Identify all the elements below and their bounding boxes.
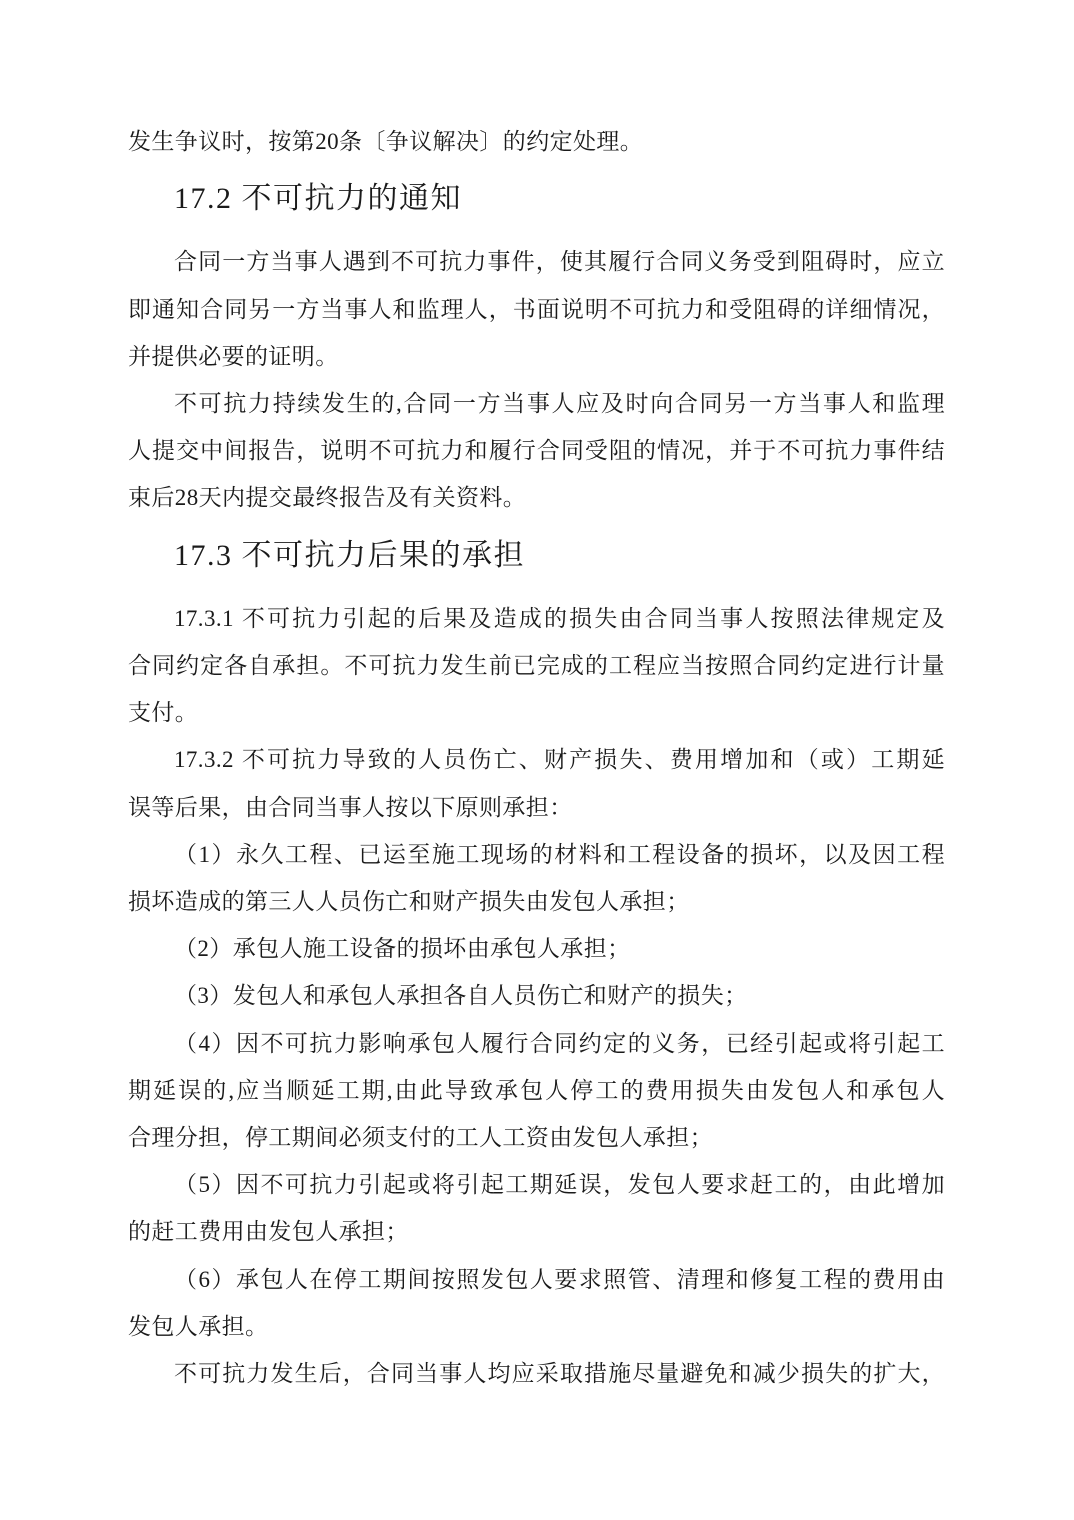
- text-line: （5）因不可抗力引起或将引起工期延误，发包人要求赶工的，由此增加: [128, 1161, 945, 1208]
- text-line: 的赶工费用由发包人承担；: [128, 1208, 945, 1255]
- text-line: 并提供必要的证明。: [128, 333, 945, 380]
- section-heading: 17.2 不可抗力的通知: [128, 175, 945, 222]
- text-line: 损坏造成的第三人人员伤亡和财产损失由发包人承担；: [128, 878, 945, 925]
- document-page: 发生争议时，按第20条〔争议解决〕的约定处理。17.2 不可抗力的通知合同一方当…: [0, 0, 1074, 1520]
- text-line: 束后28天内提交最终报告及有关资料。: [128, 474, 945, 521]
- paragraph: （1）永久工程、已运至施工现场的材料和工程设备的损坏，以及因工程损坏造成的第三人…: [128, 831, 945, 925]
- text-line: 17.3.2 不可抗力导致的人员伤亡、财产损失、费用增加和（或）工期延: [128, 736, 945, 783]
- document-body: 发生争议时，按第20条〔争议解决〕的约定处理。17.2 不可抗力的通知合同一方当…: [128, 0, 945, 1397]
- text-line: 不可抗力持续发生的,合同一方当事人应及时向合同另一方当事人和监理: [128, 380, 945, 427]
- paragraph: （3）发包人和承包人承担各自人员伤亡和财产的损失；: [128, 972, 945, 1019]
- text-line: 发生争议时，按第20条〔争议解决〕的约定处理。: [128, 118, 945, 165]
- text-line: 合同一方当事人遇到不可抗力事件，使其履行合同义务受到阻碍时，应立: [128, 238, 945, 285]
- text-line: 误等后果，由合同当事人按以下原则承担：: [128, 784, 945, 831]
- heading-text-line: 17.2 不可抗力的通知: [128, 175, 945, 222]
- heading-text-line: 17.3 不可抗力后果的承担: [128, 532, 945, 579]
- paragraph: 不可抗力发生后，合同当事人均应采取措施尽量避免和减少损失的扩大，: [128, 1350, 945, 1397]
- text-line: 17.3.1 不可抗力引起的后果及造成的损失由合同当事人按照法律规定及: [128, 595, 945, 642]
- text-line: 期延误的,应当顺延工期,由此导致承包人停工的费用损失由发包人和承包人: [128, 1067, 945, 1114]
- paragraph: （4）因不可抗力影响承包人履行合同约定的义务，已经引起或将引起工期延误的,应当顺…: [128, 1020, 945, 1162]
- paragraph: 17.3.2 不可抗力导致的人员伤亡、财产损失、费用增加和（或）工期延误等后果，…: [128, 736, 945, 830]
- paragraph: 发生争议时，按第20条〔争议解决〕的约定处理。: [128, 118, 945, 165]
- paragraph: 合同一方当事人遇到不可抗力事件，使其履行合同义务受到阻碍时，应立即通知合同另一方…: [128, 238, 945, 380]
- paragraph: （5）因不可抗力引起或将引起工期延误，发包人要求赶工的，由此增加的赶工费用由发包…: [128, 1161, 945, 1255]
- text-line: 发包人承担。: [128, 1303, 945, 1350]
- text-line: （3）发包人和承包人承担各自人员伤亡和财产的损失；: [128, 972, 945, 1019]
- text-line: （4）因不可抗力影响承包人履行合同约定的义务，已经引起或将引起工: [128, 1020, 945, 1067]
- text-line: （6）承包人在停工期间按照发包人要求照管、清理和修复工程的费用由: [128, 1256, 945, 1303]
- text-line: 合同约定各自承担。不可抗力发生前已完成的工程应当按照合同约定进行计量: [128, 642, 945, 689]
- section-heading: 17.3 不可抗力后果的承担: [128, 532, 945, 579]
- paragraph: 17.3.1 不可抗力引起的后果及造成的损失由合同当事人按照法律规定及合同约定各…: [128, 595, 945, 737]
- paragraph: （6）承包人在停工期间按照发包人要求照管、清理和修复工程的费用由发包人承担。: [128, 1256, 945, 1350]
- text-line: 即通知合同另一方当事人和监理人，书面说明不可抗力和受阻碍的详细情况，: [128, 286, 945, 333]
- text-line: 人提交中间报告，说明不可抗力和履行合同受阻的情况，并于不可抗力事件结: [128, 427, 945, 474]
- text-line: 支付。: [128, 689, 945, 736]
- text-line: 不可抗力发生后，合同当事人均应采取措施尽量避免和减少损失的扩大，: [128, 1350, 945, 1397]
- paragraph: 不可抗力持续发生的,合同一方当事人应及时向合同另一方当事人和监理人提交中间报告，…: [128, 380, 945, 522]
- text-line: （1）永久工程、已运至施工现场的材料和工程设备的损坏，以及因工程: [128, 831, 945, 878]
- text-line: （2）承包人施工设备的损坏由承包人承担；: [128, 925, 945, 972]
- text-line: 合理分担，停工期间必须支付的工人工资由发包人承担；: [128, 1114, 945, 1161]
- paragraph: （2）承包人施工设备的损坏由承包人承担；: [128, 925, 945, 972]
